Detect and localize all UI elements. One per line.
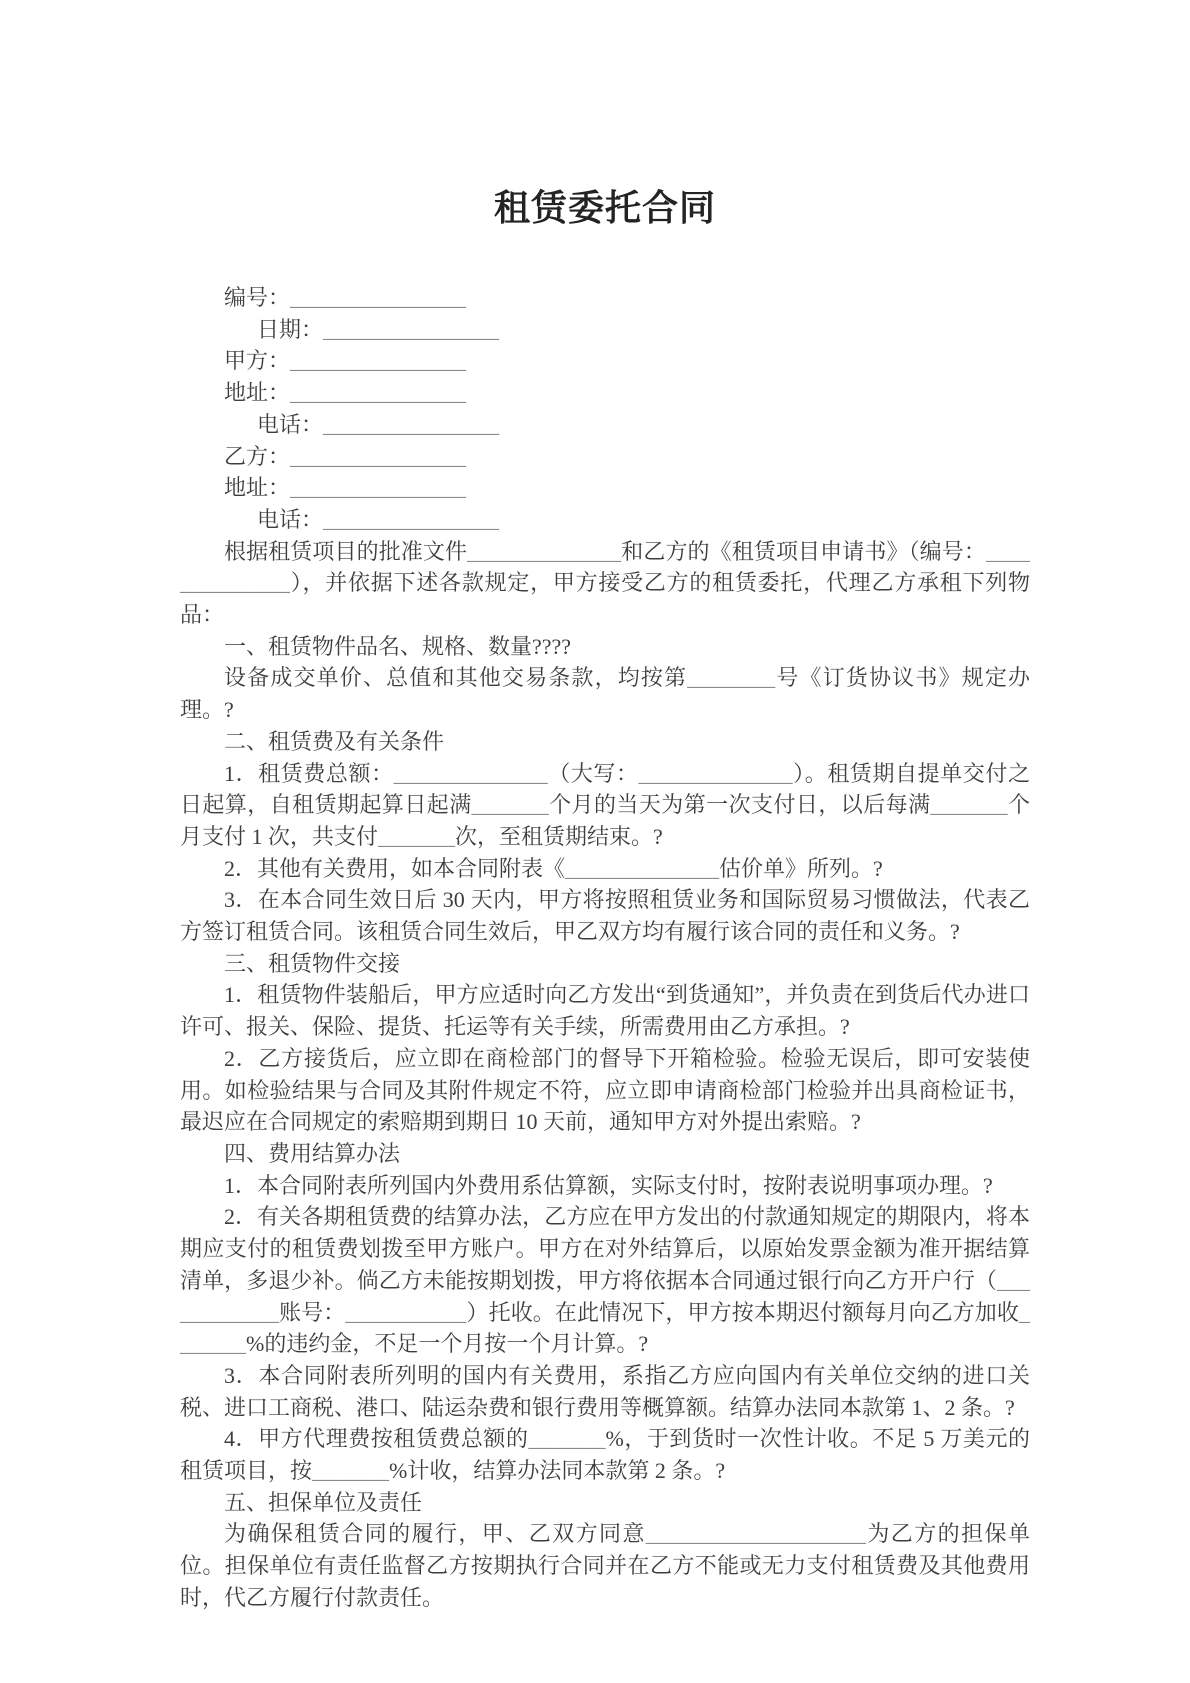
document-body: 编号：________________日期：________________甲方…	[180, 282, 1030, 1614]
blank-underline: ____________________	[646, 1521, 866, 1546]
blank-underline: ________________	[290, 285, 466, 310]
section-4-item-4: 4．甲方代理费按租赁费总额的_______%，于到货时一次性计收。不足 5 万美…	[180, 1423, 1030, 1486]
section-2-heading: 二、租赁费及有关条件	[180, 726, 1030, 758]
blank-underline: ________________	[323, 507, 499, 532]
contract-date-line: 日期：________________	[180, 314, 1030, 346]
blank-underline: ________________	[290, 380, 466, 405]
blank-underline: ____________	[180, 1268, 1030, 1325]
blank-underline: ________________	[290, 444, 466, 469]
blank-underline: ________________	[323, 317, 499, 342]
section-4-item-3: 3．本合同附表所列明的国内有关费用，系指乙方应向国内有关单位交纳的进口关税、进口…	[180, 1360, 1030, 1423]
blank-underline: _______	[312, 1458, 389, 1483]
section-5-paragraph: 为确保租赁合同的履行，甲、乙双方同意____________________为乙…	[180, 1518, 1030, 1613]
blank-underline: ________________	[290, 348, 466, 373]
blank-underline: ________________	[323, 412, 499, 437]
blank-underline: ___________	[345, 1300, 466, 1325]
blank-underline: _______	[931, 792, 1008, 817]
section-3-heading: 三、租赁物件交接	[180, 948, 1030, 980]
section-4-item-2: 2．有关各期租赁费的结算办法，乙方应在甲方发出的付款通知规定的期限内，将本期应支…	[180, 1201, 1030, 1360]
section-3-item-1: 1．租赁物件装船后，甲方应适时向乙方发出“到货通知”，并负责在到货后代办进口许可…	[180, 979, 1030, 1042]
section-2-item-2: 2．其他有关费用，如本合同附表《______________估价单》所列。?	[180, 853, 1030, 885]
section-2-item-1: 1．租赁费总额：______________（大写：______________…	[180, 758, 1030, 853]
preamble-paragraph: 根据租赁项目的批准文件______________和乙方的《租赁项目申请书》（编…	[180, 536, 1030, 631]
blank-underline: _______	[180, 1300, 1030, 1357]
blank-underline: ______________	[639, 761, 793, 786]
party-a-line: 甲方：________________	[180, 345, 1030, 377]
section-5-heading: 五、担保单位及责任	[180, 1487, 1030, 1519]
blank-underline: ______________	[565, 856, 719, 881]
blank-underline: ______________	[467, 539, 621, 564]
blank-underline: ________	[687, 665, 775, 690]
blank-underline: _______	[378, 824, 455, 849]
party-a-address-line: 地址：________________	[180, 377, 1030, 409]
section-1-paragraph: 设备成交单价、总值和其他交易条款，均按第________号《订货协议书》规定办理…	[180, 662, 1030, 725]
contract-document-page: 租赁委托合同 编号：________________日期：___________…	[0, 0, 1190, 1683]
blank-underline: ________________	[290, 475, 466, 500]
contract-number-line: 编号：________________	[180, 282, 1030, 314]
section-3-item-2: 2．乙方接货后，应立即在商检部门的督导下开箱检验。检验无误后，即可安装使用。如检…	[180, 1043, 1030, 1138]
party-b-line: 乙方：________________	[180, 441, 1030, 473]
party-b-phone-line: 电话：________________	[180, 504, 1030, 536]
section-1-heading: 一、租赁物件品名、规格、数量????	[180, 631, 1030, 663]
section-4-heading: 四、费用结算办法	[180, 1138, 1030, 1170]
party-b-address-line: 地址：________________	[180, 472, 1030, 504]
section-4-item-1: 1．本合同附表所列国内外费用系估算额，实际支付时，按附表说明事项办理。?	[180, 1170, 1030, 1202]
party-a-phone-line: 电话：________________	[180, 409, 1030, 441]
blank-underline: _______	[472, 792, 549, 817]
section-2-item-3: 3．在本合同生效日后 30 天内，甲方将按照租赁业务和国际贸易习惯做法，代表乙方…	[180, 884, 1030, 947]
blank-underline: _______	[529, 1426, 606, 1451]
document-title: 租赁委托合同	[180, 186, 1030, 230]
blank-underline: ______________	[394, 761, 548, 786]
